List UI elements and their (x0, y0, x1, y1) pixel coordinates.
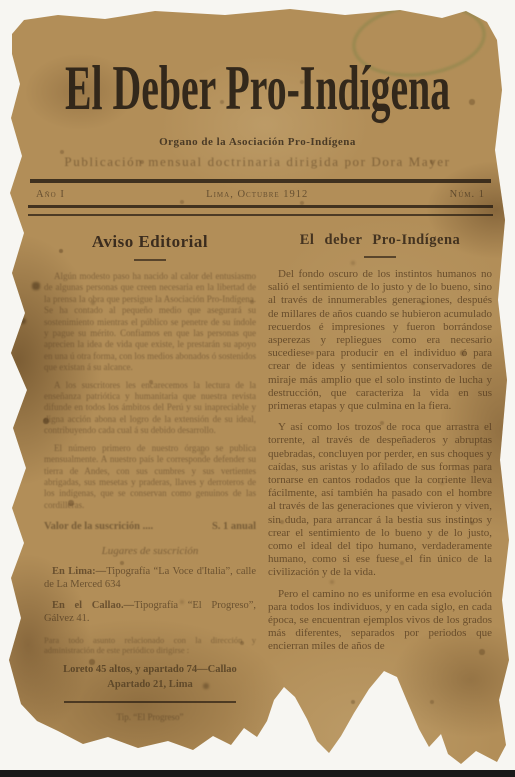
address-line-lima: Apartado 21, Lima (44, 679, 256, 690)
place-lead: En Lima:— (52, 566, 106, 577)
dateline: Año I Lima, Octubre 1912 Núm. 1 (36, 189, 485, 200)
deber-heading: El deber Pro-Indígena (268, 232, 492, 249)
masthead-title: El Deber Pro-Indígena (0, 50, 515, 98)
aged-paper-sheet: El Deber Pro-Indígena Organo de la Asoci… (0, 0, 515, 777)
masthead-subtitle: Organo de la Asociación Pro-Indígena (0, 136, 515, 148)
aviso-paragraph: Algún modesto paso ha nacido al calor de… (44, 271, 256, 374)
dateline-date: Lima, Octubre 1912 (206, 189, 308, 200)
aviso-editorial-heading: Aviso Editorial (44, 232, 256, 252)
subscription-label: Valor de la suscrición .... (44, 521, 153, 532)
printer-imprint: Tip. “El Progreso” (44, 712, 256, 722)
double-rule (28, 205, 493, 216)
place-item-callao: En el Callao.—Tipografía “El Progreso”, … (44, 600, 256, 625)
aviso-paragraph: El número primero de nuestro órgano se p… (44, 443, 256, 511)
dateline-number: Núm. 1 (450, 189, 485, 200)
deber-paragraph: Pero el camino no es uniforme en esa evo… (268, 588, 492, 654)
masthead-tagline: Publicación mensual doctrinaria dirigida… (0, 154, 515, 170)
right-column: El deber Pro-Indígena Del fondo oscuro d… (268, 232, 492, 662)
heading-rule (134, 259, 166, 261)
paper-stain-speckles (0, 0, 2, 2)
deber-paragraph: Y así como los trozos de roca que arrast… (268, 421, 492, 579)
scanner-edge-bar (0, 770, 515, 777)
masthead-title-text: El Deber Pro-Indígena (65, 50, 450, 124)
imprint-rule (64, 701, 236, 703)
left-column: Aviso Editorial Algún modesto paso ha na… (44, 232, 256, 722)
place-lead: En el Callao.— (52, 600, 134, 611)
address-line-callao: Loreto 45 altos, y apartado 74—Callao (44, 664, 256, 675)
contact-note: Para todo asunto relacionado con la dire… (44, 635, 256, 655)
subscription-value: S. 1 anual (212, 521, 256, 532)
dateline-year: Año I (36, 189, 65, 200)
subscription-price-row: Valor de la suscrición .... S. 1 anual (44, 521, 256, 532)
heading-rule (364, 256, 396, 258)
deber-paragraph: Del fondo oscuro de los instintos humano… (268, 268, 492, 413)
place-item-lima: En Lima:—Tipografía “La Voce d'Italia”, … (44, 566, 256, 591)
aviso-paragraph: A los suscritores les encarecemos la lec… (44, 380, 256, 437)
thick-rule (30, 179, 491, 183)
subscription-places-heading: Lugares de suscrición (44, 545, 256, 557)
